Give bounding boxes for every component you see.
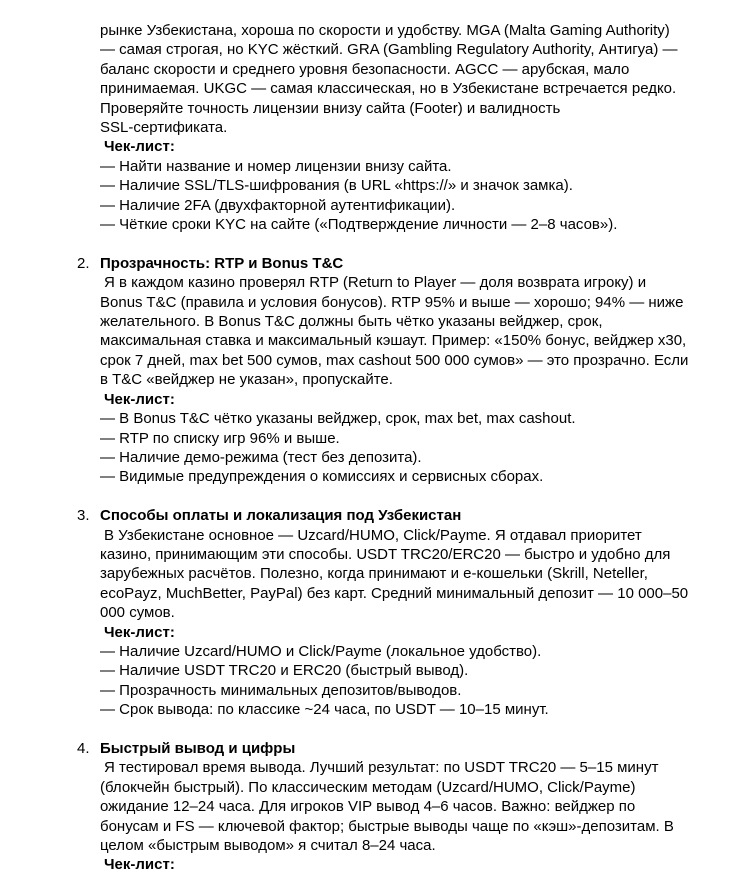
- section-fast-withdrawal: 4. Быстрый вывод и цифры Я тестировал вр…: [100, 739, 700, 875]
- intro-section: рынке Узбекистана, хороша по скорости и …: [100, 21, 700, 234]
- section-payments: 3. Способы оплаты и локализация под Узбе…: [100, 506, 700, 719]
- checklist-label: Чек-лист:: [100, 855, 700, 874]
- checklist-item: — Наличие USDT TRC20 и ERC20 (быстрый вы…: [100, 661, 700, 680]
- intro-line: принимаемая. UKGC — самая классическая, …: [100, 79, 700, 98]
- list-number: 3.: [77, 506, 90, 525]
- checklist-item: — Наличие SSL/TLS-шифрования (в URL «htt…: [100, 176, 700, 195]
- section-line: целом «быстрым выводом» я считал 8–24 ча…: [100, 836, 700, 855]
- section-line: зарубежных расчётов. Полезно, когда прин…: [100, 564, 700, 583]
- checklist-item: — Прозрачность минимальных депозитов/выв…: [100, 681, 700, 700]
- list-number: 4.: [77, 739, 90, 758]
- section-line: желательного. В Bonus T&C должны быть чё…: [100, 312, 700, 331]
- section-line: казино, принимающим эти способы. USDT TR…: [100, 545, 700, 564]
- checklist-item: — В Bonus T&C чётко указаны вейджер, сро…: [100, 409, 700, 428]
- section-line: Bonus T&C (правила и условия бонусов). R…: [100, 293, 700, 312]
- intro-line: баланс скорости и среднего уровня безопа…: [100, 60, 700, 79]
- checklist-item: — Срок вывода: по классике ~24 часа, по …: [100, 700, 700, 719]
- section-heading: Способы оплаты и локализация под Узбекис…: [100, 506, 700, 525]
- section-transparency: 2. Прозрачность: RTP и Bonus T&C Я в каж…: [100, 254, 700, 487]
- checklist-label: Чек-лист:: [100, 390, 700, 409]
- checklist-item: — Видимые предупреждения о комиссиях и с…: [100, 467, 700, 486]
- article-body: рынке Узбекистана, хороша по скорости и …: [100, 21, 700, 875]
- checklist-label: Чек-лист:: [100, 623, 700, 642]
- intro-line: — самая строгая, но KYC жёсткий. GRA (Ga…: [100, 40, 700, 59]
- checklist-label: Чек-лист:: [100, 137, 700, 156]
- section-line: Я тестировал время вывода. Лучший резуль…: [100, 758, 700, 777]
- checklist-item: — Наличие демо-режима (тест без депозита…: [100, 448, 700, 467]
- checklist-item: — Найти название и номер лицензии внизу …: [100, 157, 700, 176]
- section-line: (блокчейн быстрый). По классическим мето…: [100, 778, 700, 797]
- intro-line: рынке Узбекистана, хороша по скорости и …: [100, 21, 700, 40]
- section-line: бонусам и FS — ключевой фактор; быстрые …: [100, 817, 700, 836]
- section-line: Я в каждом казино проверял RTP (Return t…: [100, 273, 700, 292]
- checklist-item: — RTP по списку игр 96% и выше.: [100, 429, 700, 448]
- section-line: ecoPayz, MuchBetter, PayPal) без карт. С…: [100, 584, 700, 603]
- checklist-item: — Наличие 2FA (двухфакторной аутентифика…: [100, 196, 700, 215]
- section-line: в T&C «вейджер не указан», пропускайте.: [100, 370, 700, 389]
- intro-line: SSL-сертификата.: [100, 118, 700, 137]
- section-heading: Прозрачность: RTP и Bonus T&C: [100, 254, 700, 273]
- section-line: максимальная ставка и максимальный кэшау…: [100, 331, 700, 350]
- section-line: В Узбекистане основное — Uzcard/HUMO, Cl…: [100, 526, 700, 545]
- list-number: 2.: [77, 254, 90, 273]
- section-heading: Быстрый вывод и цифры: [100, 739, 700, 758]
- section-line: 000 сумов.: [100, 603, 700, 622]
- checklist-item: — Чёткие сроки KYC на сайте («Подтвержде…: [100, 215, 700, 234]
- intro-line: Проверяйте точность лицензии внизу сайта…: [100, 99, 700, 118]
- section-line: срок 7 дней, max bet 500 сумов, max cash…: [100, 351, 700, 370]
- section-line: ожидание 12–24 часа. Для игроков VIP выв…: [100, 797, 700, 816]
- checklist-item: — Наличие Uzcard/HUMO и Click/Payme (лок…: [100, 642, 700, 661]
